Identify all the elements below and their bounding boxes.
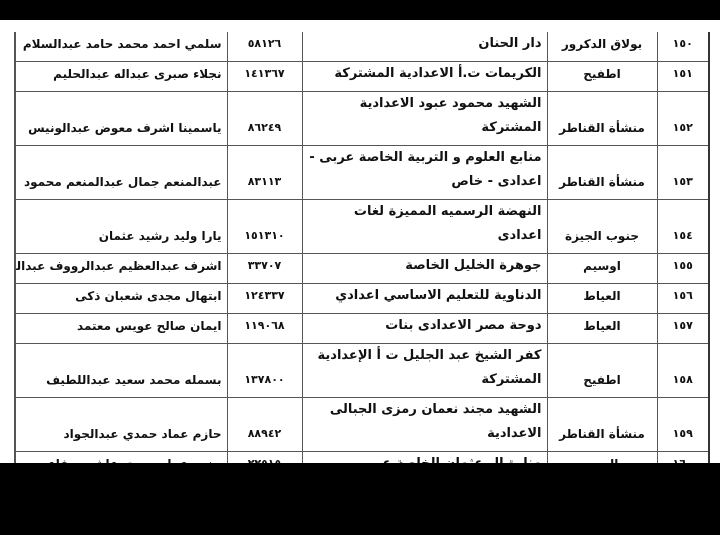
row-number: ١٥٨	[657, 344, 709, 398]
administration-cell: بولاق الدكرور	[547, 32, 657, 62]
seat-number-cell: ١٥١٣١٠	[227, 200, 302, 254]
school-name-cell: النهضة الرسميه المميزة لغات اعدادى	[302, 200, 547, 254]
seat-number-cell: ١١٩٠٦٨	[227, 314, 302, 344]
administration-cell: اطفيح	[547, 344, 657, 398]
school-name-cell: الشهيد محمود عبود الاعدادية المشتركة	[302, 92, 547, 146]
row-number: ١٥٣	[657, 146, 709, 200]
school-name-cell: الكريمات ت.أ الاعدادية المشتركة	[302, 62, 547, 92]
student-name-cell: ابتهال مجدى شعبان ذكى	[15, 284, 227, 314]
row-number: ١٥٧	[657, 314, 709, 344]
school-name-cell: منابع العلوم و التربية الخاصة عربى - اعد…	[302, 146, 547, 200]
school-name-cell: دار الحنان	[302, 32, 547, 62]
row-number: ١٥٤	[657, 200, 709, 254]
administration-cell: اوسيم	[547, 254, 657, 284]
administration-cell: منشأة القناطر	[547, 92, 657, 146]
bottom-black-bar	[0, 463, 720, 535]
seat-number-cell: ١٢٤٣٣٧	[227, 284, 302, 314]
student-name-cell: سلمي احمد محمد حامد عبدالسلام	[15, 32, 227, 62]
table-row: ١٥٢منشأة القناطرالشهيد محمود عبود الاعدا…	[15, 92, 709, 146]
student-name-cell: اشرف عبدالعظيم عبدالرووف عبدالعظيم	[15, 254, 227, 284]
seat-number-cell: ٣٣٧٠٧	[227, 254, 302, 284]
seat-number-cell: ٨٣١١٣	[227, 146, 302, 200]
table-row: ١٥٨اطفيحكفر الشيخ عبد الجليل ت أ الإعداد…	[15, 344, 709, 398]
seat-number-cell: ٨٦٢٤٩	[227, 92, 302, 146]
seat-number-cell: ٥٨١٢٦	[227, 32, 302, 62]
school-name-cell: جوهرة الخليل الخاصة	[302, 254, 547, 284]
table-row: ١٥٤جنوب الجيزةالنهضة الرسميه المميزة لغا…	[15, 200, 709, 254]
administration-cell: جنوب الجيزة	[547, 200, 657, 254]
top-black-bar	[0, 0, 720, 20]
school-name-cell: الدناوية للتعليم الاساسي اعدادي	[302, 284, 547, 314]
table-body: ١٥٠بولاق الدكروردار الحنان٥٨١٢٦سلمي احمد…	[15, 32, 709, 482]
table-row: ١٥٥اوسيمجوهرة الخليل الخاصة٣٣٧٠٧اشرف عبد…	[15, 254, 709, 284]
administration-cell: منشأة القناطر	[547, 398, 657, 452]
row-number: ١٥٥	[657, 254, 709, 284]
student-name-cell: ياسمينا اشرف معوض عبدالونيس	[15, 92, 227, 146]
administration-cell: اطفيح	[547, 62, 657, 92]
table-row: ١٥٣منشأة القناطرمنابع العلوم و التربية ا…	[15, 146, 709, 200]
seat-number-cell: ١٤١٣٦٧	[227, 62, 302, 92]
student-name-cell: عبدالمنعم جمال عبدالمنعم محمود	[15, 146, 227, 200]
table-row: ١٥٧العياطدوحة مصر الاعدادى بنات١١٩٠٦٨ايم…	[15, 314, 709, 344]
administration-cell: منشأة القناطر	[547, 146, 657, 200]
seat-number-cell: ٨٨٩٤٢	[227, 398, 302, 452]
seat-number-cell: ١٣٧٨٠٠	[227, 344, 302, 398]
student-name-cell: نجلاء صبرى عبداله عبدالحليم	[15, 62, 227, 92]
student-name-cell: يارا وليد رشيد عثمان	[15, 200, 227, 254]
row-number: ١٥٦	[657, 284, 709, 314]
administration-cell: العياط	[547, 314, 657, 344]
row-number: ١٥٠	[657, 32, 709, 62]
student-name-cell: ايمان صالح عويس معتمد	[15, 314, 227, 344]
table-row: ١٥٩منشأة القناطرالشهيد مجند نعمان رمزى ا…	[15, 398, 709, 452]
results-table: ١٥٠بولاق الدكروردار الحنان٥٨١٢٦سلمي احمد…	[14, 32, 710, 483]
student-name-cell: حازم عماد حمدي عبدالجواد	[15, 398, 227, 452]
table-row: ١٥٦العياطالدناوية للتعليم الاساسي اعدادي…	[15, 284, 709, 314]
administration-cell: العياط	[547, 284, 657, 314]
row-number: ١٥٩	[657, 398, 709, 452]
row-number: ١٥٢	[657, 92, 709, 146]
row-number: ١٥١	[657, 62, 709, 92]
student-name-cell: بسمله محمد سعيد عبداللطيف	[15, 344, 227, 398]
school-name-cell: دوحة مصر الاعدادى بنات	[302, 314, 547, 344]
table-row: ١٥٠بولاق الدكروردار الحنان٥٨١٢٦سلمي احمد…	[15, 32, 709, 62]
document-page: ١٥٠بولاق الدكروردار الحنان٥٨١٢٦سلمي احمد…	[0, 20, 720, 463]
school-name-cell: كفر الشيخ عبد الجليل ت أ الإعدادية المشت…	[302, 344, 547, 398]
table-row: ١٥١اطفيحالكريمات ت.أ الاعدادية المشتركة١…	[15, 62, 709, 92]
school-name-cell: الشهيد مجند نعمان رمزى الجبالى الاعدادية	[302, 398, 547, 452]
